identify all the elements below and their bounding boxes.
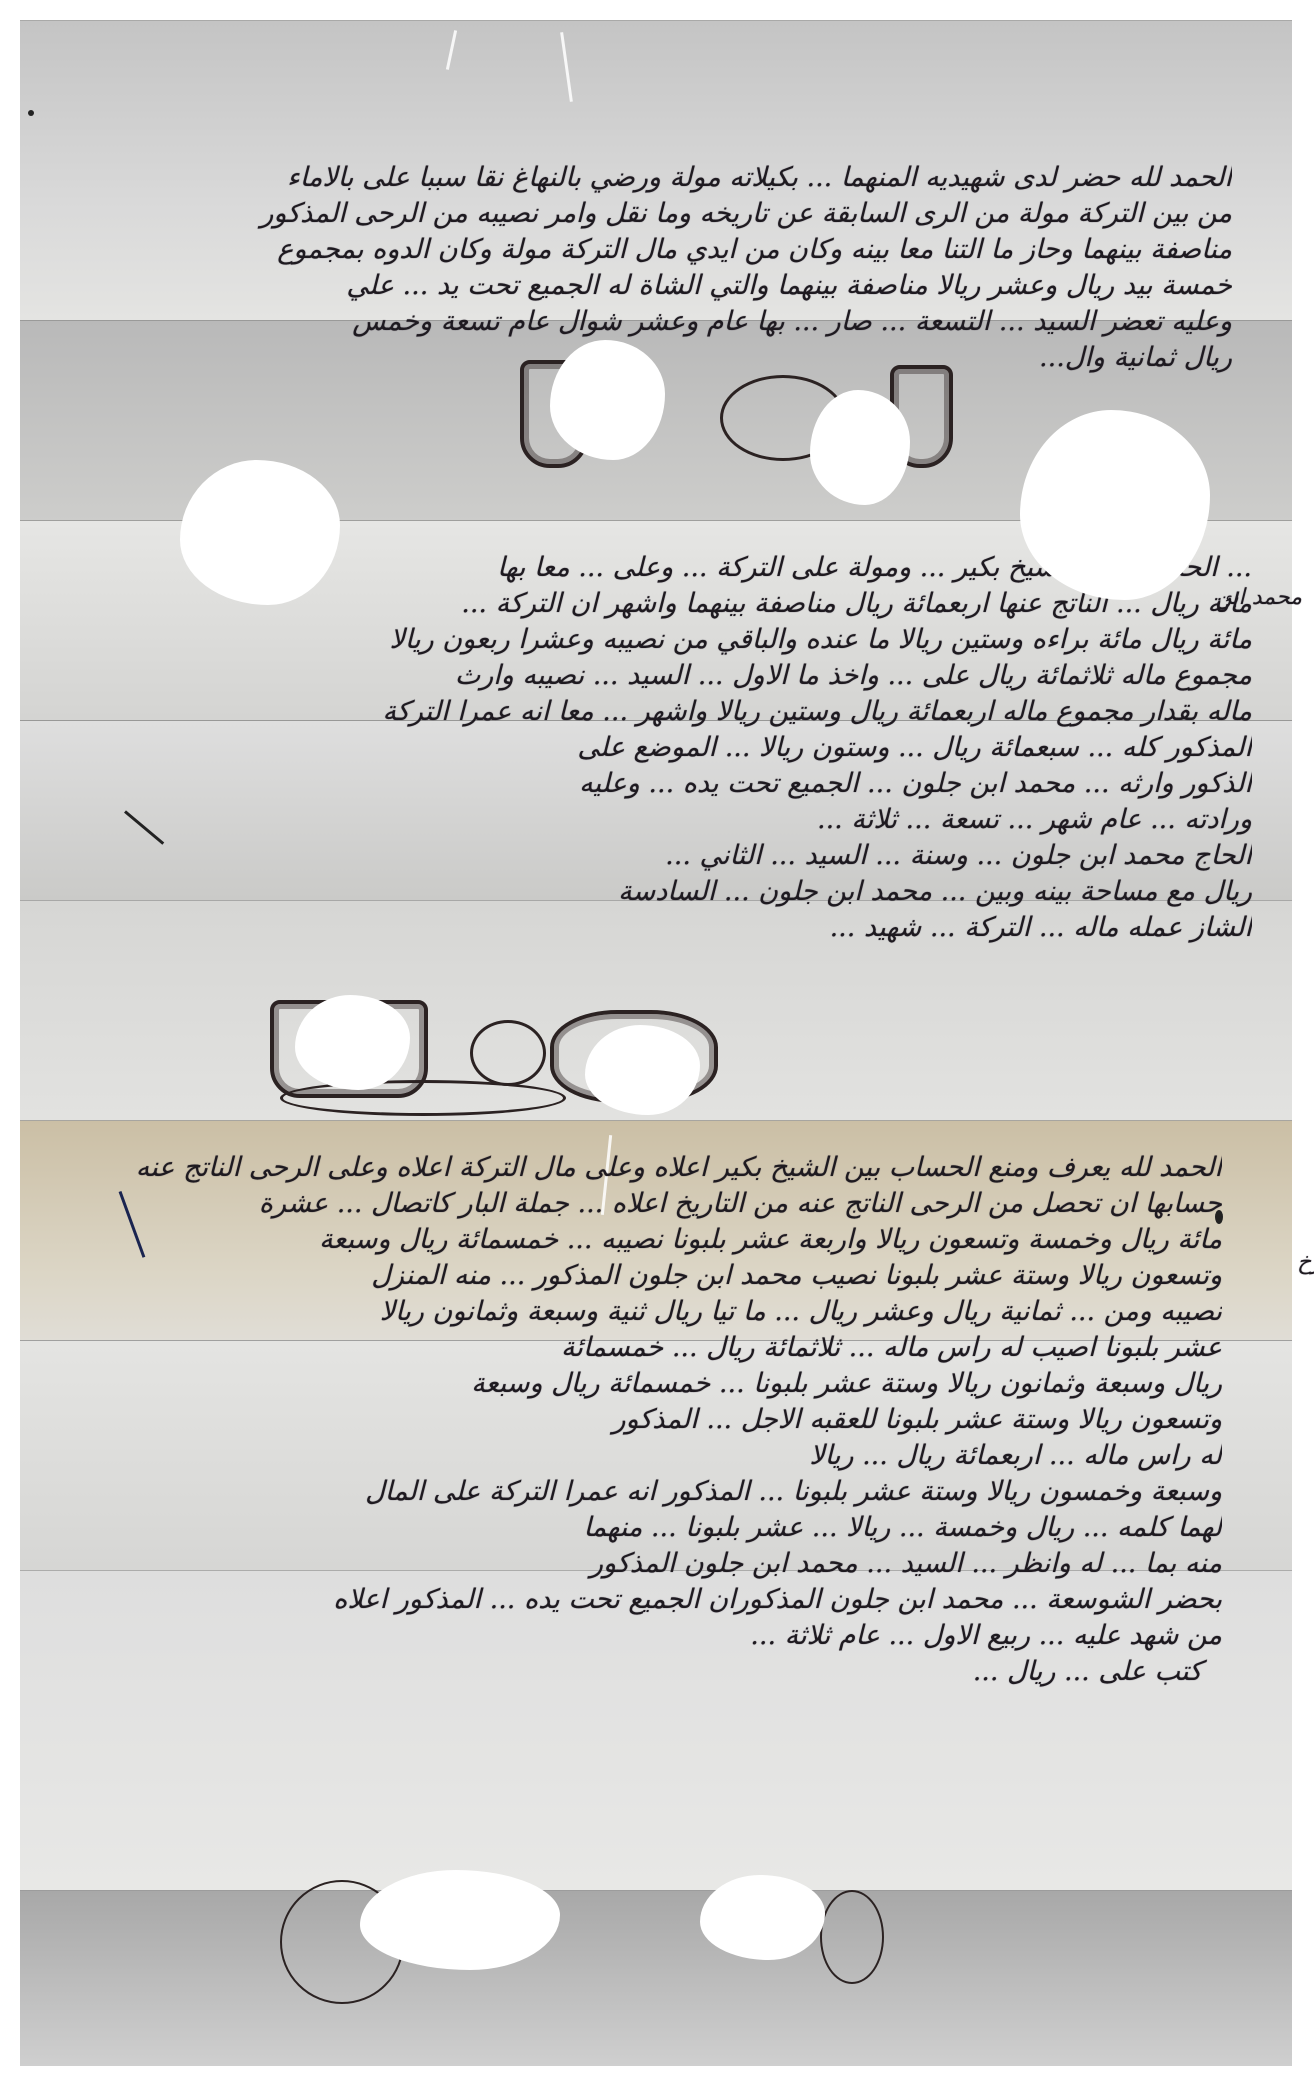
text-line: مناصفة بينهما وحاز ما التنا معا بينه وكا… (52, 232, 1232, 268)
text-line: الحاج محمد ابن جلون ... وسنة ... السيد .… (52, 838, 1252, 874)
text-line: الحمد لله يعرف ومنع الحساب بين الشيخ بكي… (42, 1150, 1222, 1186)
text-line: بحضر الشوسعة ... محمد ابن جلون المذكوران… (42, 1582, 1222, 1618)
ink-spot (28, 110, 34, 116)
paper-hole (1020, 410, 1210, 600)
text-line: نصيبه ومن ... ثمانية ريال وعشر ريال ... … (42, 1294, 1222, 1330)
text-line: ماله بقدار مجموع ماله اربعمائة ريال وستي… (52, 694, 1252, 730)
text-line: ريال مع مساحة بينه وبين ... محمد ابن جلو… (52, 874, 1252, 910)
text-line: كتب على ... ريال ... (42, 1654, 1222, 1690)
text-line: الحمد لله حضر لدى شهيديه المنهما ... بكي… (52, 160, 1232, 196)
paper-hole (360, 1870, 560, 1970)
text-line: من بين التركة مولة من الرى السابقة عن تا… (52, 196, 1232, 232)
text-line: وعليه تعضر السيد ... التسعة ... صار ... … (52, 304, 1232, 340)
text-line: مائة ريال مائة براءه وستين ريالا ما عنده… (52, 622, 1252, 658)
text-line: مجموع ماله ثلاثمائة ريال على ... واخذ ما… (52, 658, 1252, 694)
text-line: له راس ماله ... اربعمائة ريال ... ريالا (42, 1438, 1222, 1474)
margin-note: محمد ابن (1202, 580, 1302, 616)
paper-hole (810, 390, 910, 505)
text-line: الشاز عمله ماله ... التركة ... شهيد ... (52, 910, 1252, 946)
text-line: المذكور كله ... سبعمائة ريال ... وستون ر… (52, 730, 1252, 766)
text-line: وتسعون ريالا وستة عشر بلبونا نصيب محمد ا… (42, 1258, 1222, 1294)
text-line: مائة ريال وخمسة وتسعون ريالا واربعة عشر … (42, 1222, 1222, 1258)
section-3-text: الحمد لله يعرف ومنع الحساب بين الشيخ بكي… (42, 1150, 1222, 1690)
manuscript-page: الحمد لله حضر لدى شهيديه المنهما ... بكي… (20, 20, 1292, 2065)
paper-hole (295, 995, 410, 1090)
paper-hole (585, 1025, 700, 1115)
margin-note: رخ (1262, 1245, 1314, 1281)
text-line: عشر بلبونا اصيب له راس ماله ... ثلاثمائة… (42, 1330, 1222, 1366)
paper-hole (700, 1875, 825, 1960)
signature-underline (280, 1080, 566, 1116)
text-line: خمسة بيد ريال وعشر ريالا مناصفة بينهما و… (52, 268, 1232, 304)
section-1-text: الحمد لله حضر لدى شهيديه المنهما ... بكي… (52, 160, 1232, 376)
text-line: من شهد عليه ... ربيع الاول ... عام ثلاثة… (42, 1618, 1222, 1654)
text-line: وتسعون ريالا وستة عشر بلبونا للعقبه الاج… (42, 1402, 1222, 1438)
section-2-text: ... الحساب بين الشيخ بكير ... ومولة على … (52, 550, 1252, 946)
paper-hole (180, 460, 340, 605)
paper-hole (550, 340, 665, 460)
text-line: ورادته ... عام شهر ... تسعة ... ثلاثة ..… (52, 802, 1252, 838)
text-line: وسبعة وخمسون ريالا وستة عشر بلبونا ... ا… (42, 1474, 1222, 1510)
signature-flourish (470, 1020, 546, 1086)
text-line: منه بما ... له وانظر ... السيد ... محمد … (42, 1546, 1222, 1582)
text-line: لهما كلمه ... ريال وخمسة ... ريالا ... ع… (42, 1510, 1222, 1546)
text-line: ريال وسبعة وثمانون ريالا وستة عشر بلبونا… (42, 1366, 1222, 1402)
seal-stamp-small (820, 1890, 884, 1984)
text-line: حسابها ان تحصل من الرحى الناتج عنه من ال… (42, 1186, 1222, 1222)
fold-panel-9 (20, 1890, 1292, 2066)
text-line: الذكور وارثه ... محمد ابن جلون ... الجمي… (52, 766, 1252, 802)
